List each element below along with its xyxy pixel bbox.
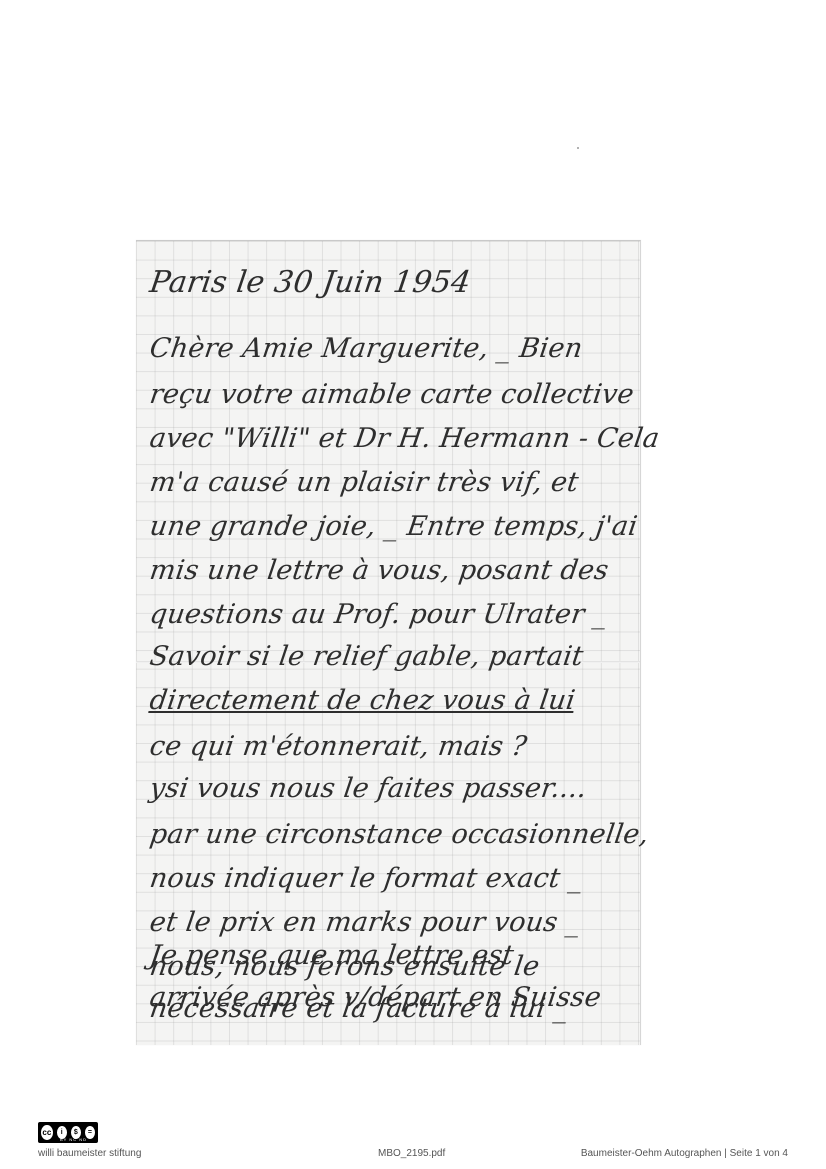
- letter-line: arrivée après v/départ en Suisse: [148, 982, 603, 1013]
- letter-line: Je pense que ma lettre est: [148, 940, 516, 971]
- footer-collection-page: Baumeister-Oehm Autographen | Seite 1 vo…: [581, 1148, 788, 1159]
- cc-icon: cc: [40, 1124, 54, 1141]
- license-label: BY NC ND: [60, 1137, 87, 1142]
- footer-foundation: willi baumeister stiftung: [38, 1148, 141, 1159]
- letter-page-tail: [136, 240, 640, 1044]
- cc-license-badge[interactable]: cc i $ = BY NC ND: [38, 1122, 98, 1143]
- footer-filename: MBO_2195.pdf: [378, 1148, 445, 1159]
- scan-speck: [577, 147, 579, 149]
